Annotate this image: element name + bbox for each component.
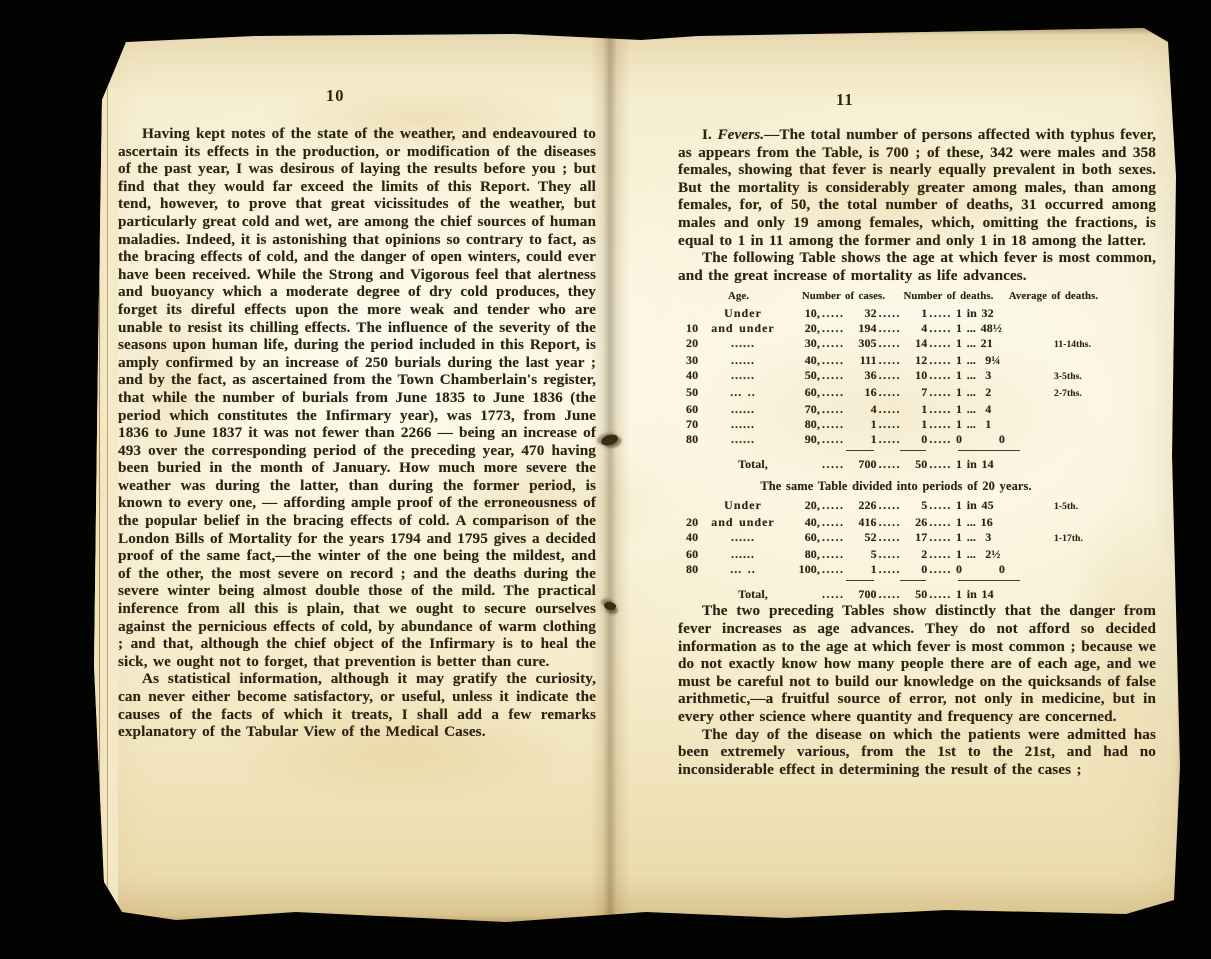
fraction-note: 1-17th. — [1052, 532, 1106, 547]
book-spread: 10 11 Having kept notes of the state of … — [86, 26, 1186, 928]
dot-leader — [820, 457, 843, 472]
age-to-cell: 80, — [776, 417, 820, 432]
dot-leader — [927, 368, 950, 383]
total-cases: 700 — [843, 587, 877, 602]
average-cell: 0 0 — [950, 562, 1052, 577]
age-to-cell: 90, — [776, 432, 820, 447]
average-cell: 1 in 45 — [950, 498, 1052, 513]
fevers-term: Fevers. — [717, 126, 764, 143]
age-mid-cell: Under — [710, 306, 776, 321]
table-row: 20and under40,416261 ... 16 — [686, 515, 1106, 530]
sum-rule — [846, 580, 874, 582]
table-row: 60......80,521 ... 2½ — [686, 547, 1106, 562]
age-from-cell: 70 — [686, 417, 710, 432]
age-to-cell: 50, — [776, 368, 820, 383]
total-deaths: 50 — [899, 587, 927, 602]
sum-rule-row — [686, 577, 1106, 584]
dot-leader — [820, 385, 843, 400]
dot-leader — [877, 562, 900, 577]
age-to-cell: 100, — [776, 562, 820, 577]
dot-leader — [820, 587, 843, 602]
average-cell: 1 ... 21 — [950, 336, 1052, 351]
age-from-cell: 30 — [686, 353, 710, 368]
dot-leader — [820, 368, 843, 383]
page-10-text-column: Having kept notes of the state of the we… — [118, 125, 596, 741]
age-from-cell: 80 — [686, 432, 710, 447]
cases-cell: 36 — [843, 368, 877, 383]
age-to-cell: 60, — [776, 530, 820, 545]
dot-leader — [877, 385, 900, 400]
total-label: Total, — [686, 587, 820, 602]
cases-cell: 1 — [843, 432, 877, 447]
age-mid-cell: ...... — [710, 402, 776, 417]
sum-rule — [900, 450, 926, 452]
fever-age-table: Age.Number of cases.Number of deaths.Ave… — [686, 290, 1106, 602]
paragraph: Having kept notes of the state of the we… — [118, 125, 596, 670]
dot-leader — [877, 368, 900, 383]
average-cell: 1 ... 3 — [950, 530, 1052, 545]
deaths-cell: 1 — [899, 417, 927, 432]
paragraph: As statistical information, although it … — [118, 670, 596, 740]
fevers-paragraph: I. Fevers.—The total number of persons a… — [678, 126, 1156, 249]
deaths-cell: 4 — [899, 321, 927, 336]
age-mid-cell: and under — [710, 515, 776, 530]
dot-leader — [820, 432, 843, 447]
dot-leader — [877, 498, 900, 513]
age-to-cell: 60, — [776, 385, 820, 400]
deaths-cell: 14 — [899, 336, 927, 351]
total-row: Total,700501 in 14 — [686, 457, 1106, 472]
table-row: 80... ..100,100 0 — [686, 562, 1106, 577]
total-cases: 700 — [843, 457, 877, 472]
cases-cell: 1 — [843, 562, 877, 577]
deaths-cell: 1 — [899, 402, 927, 417]
period-table-rows: Under20,22651 in 451-5th. 20and under40,… — [686, 498, 1106, 577]
dot-leader — [820, 530, 843, 545]
age-to-cell: 20, — [776, 498, 820, 513]
header-age: Age. — [686, 290, 791, 303]
dot-leader — [877, 515, 900, 530]
deaths-cell: 7 — [899, 385, 927, 400]
average-cell: 1 ... 2½ — [950, 547, 1052, 562]
header-average: Average of deaths. — [1001, 290, 1106, 303]
page-number-left: 10 — [326, 86, 345, 106]
header-deaths: Number of deaths. — [896, 290, 1001, 303]
age-mid-cell: ... .. — [710, 562, 776, 577]
dot-leader — [820, 306, 843, 321]
age-mid-cell: Under — [710, 498, 776, 513]
period-table-caption: The same Table divided into periods of 2… — [686, 479, 1106, 494]
cases-cell: 52 — [843, 530, 877, 545]
average-cell: 1 ... 3 — [950, 368, 1052, 383]
dot-leader — [820, 515, 843, 530]
table-row: 20......30,305141 ... 2111-14ths. — [686, 336, 1106, 353]
dot-leader — [877, 402, 900, 417]
age-from-cell: 50 — [686, 385, 710, 400]
table-lead-in-paragraph: The following Table shows the age at whi… — [678, 249, 1156, 284]
dot-leader — [927, 306, 950, 321]
cases-cell: 16 — [843, 385, 877, 400]
sum-rule — [900, 580, 926, 582]
dot-leader — [877, 306, 900, 321]
dot-leader — [820, 336, 843, 351]
dot-leader — [927, 530, 950, 545]
page-bottom-edge — [108, 915, 1178, 928]
page-right-edge — [1176, 32, 1186, 918]
age-mid-cell: ...... — [710, 336, 776, 351]
dot-leader — [877, 587, 900, 602]
dot-leader — [927, 515, 950, 530]
dot-leader — [877, 530, 900, 545]
age-to-cell: 70, — [776, 402, 820, 417]
dot-leader — [877, 321, 900, 336]
dot-leader — [820, 417, 843, 432]
binding-gutter — [590, 26, 630, 928]
age-mid-cell: ...... — [710, 432, 776, 447]
deaths-cell: 10 — [899, 368, 927, 383]
table-row: Under10,3211 in 32 — [686, 306, 1106, 321]
scanned-book-photo: { "colors": { "background": "#030302", "… — [0, 0, 1211, 959]
dot-leader — [927, 385, 950, 400]
dot-leader — [820, 353, 843, 368]
dot-leader — [927, 353, 950, 368]
dot-leader — [820, 562, 843, 577]
cases-cell: 4 — [843, 402, 877, 417]
page-11-text-column: I. Fevers.—The total number of persons a… — [678, 126, 1156, 778]
total-average: 1 in 14 — [950, 587, 1052, 602]
average-cell: 1 ... 16 — [950, 515, 1052, 530]
dot-leader — [820, 498, 843, 513]
dot-leader — [927, 402, 950, 417]
fevers-text: —The total number of persons affected wi… — [678, 126, 1156, 249]
cases-cell: 32 — [843, 306, 877, 321]
dot-leader — [877, 336, 900, 351]
sum-rule-row — [686, 447, 1106, 454]
sum-rule — [958, 450, 1020, 452]
age-from-cell: 60 — [686, 547, 710, 562]
age-from-cell: 20 — [686, 336, 710, 351]
age-to-cell: 20, — [776, 321, 820, 336]
dot-leader — [877, 547, 900, 562]
age-from-cell: 20 — [686, 515, 710, 530]
dot-leader — [927, 498, 950, 513]
deaths-cell: 1 — [899, 306, 927, 321]
age-mid-cell: ...... — [710, 547, 776, 562]
age-to-cell: 10, — [776, 306, 820, 321]
table-row: 70......80,111 ... 1 — [686, 417, 1106, 432]
age-from-cell: 60 — [686, 402, 710, 417]
table-row: 10and under20,19441 ... 48½ — [686, 321, 1106, 336]
dot-leader — [820, 547, 843, 562]
cases-cell: 5 — [843, 547, 877, 562]
sum-rule — [958, 580, 1020, 582]
header-cases: Number of cases. — [791, 290, 896, 303]
age-mid-cell: ...... — [710, 530, 776, 545]
average-cell: 1 ... 9¼ — [950, 353, 1052, 368]
table-row: 60......70,411 ... 4 — [686, 402, 1106, 417]
dot-leader — [877, 417, 900, 432]
dot-leader — [927, 587, 950, 602]
sum-rule — [846, 450, 874, 452]
dot-leader — [877, 353, 900, 368]
age-from-cell: 10 — [686, 321, 710, 336]
age-to-cell: 30, — [776, 336, 820, 351]
total-label: Total, — [686, 457, 820, 472]
total-deaths: 50 — [899, 457, 927, 472]
age-to-cell: 80, — [776, 547, 820, 562]
fraction-note: 2-7ths. — [1052, 387, 1106, 402]
dot-leader — [927, 547, 950, 562]
dot-leader — [927, 432, 950, 447]
age-to-cell: 40, — [776, 353, 820, 368]
age-mid-cell: ...... — [710, 417, 776, 432]
total-average: 1 in 14 — [950, 457, 1052, 472]
average-cell: 1 ... 2 — [950, 385, 1052, 400]
admission-day-paragraph: The day of the disease on which the pati… — [678, 726, 1156, 779]
page-edges-stack — [86, 88, 118, 916]
age-from-cell: 80 — [686, 562, 710, 577]
dot-leader — [927, 457, 950, 472]
age-to-cell: 40, — [776, 515, 820, 530]
cases-cell: 416 — [843, 515, 877, 530]
deaths-cell: 17 — [899, 530, 927, 545]
dot-leader — [877, 432, 900, 447]
dot-leader — [877, 457, 900, 472]
fever-age-table-header: Age.Number of cases.Number of deaths.Ave… — [686, 290, 1106, 303]
dot-leader — [820, 402, 843, 417]
cases-cell: 1 — [843, 417, 877, 432]
table-row: 40......60,52171 ... 31-17th. — [686, 530, 1106, 547]
cases-cell: 111 — [843, 353, 877, 368]
cases-cell: 226 — [843, 498, 877, 513]
deaths-cell: 2 — [899, 547, 927, 562]
deaths-cell: 0 — [899, 562, 927, 577]
cases-cell: 305 — [843, 336, 877, 351]
table-row: 50... ..60,1671 ... 22-7ths. — [686, 385, 1106, 402]
dot-leader — [927, 417, 950, 432]
age-mid-cell: ... .. — [710, 385, 776, 400]
dot-leader — [820, 321, 843, 336]
table-row: 30......40,111121 ... 9¼ — [686, 353, 1106, 368]
deaths-cell: 26 — [899, 515, 927, 530]
fraction-note: 1-5th. — [1052, 500, 1106, 515]
dot-leader — [927, 321, 950, 336]
age-mid-cell: ...... — [710, 368, 776, 383]
table-row: 80......90,100 0 — [686, 432, 1106, 447]
dot-leader — [927, 336, 950, 351]
average-cell: 0 0 — [950, 432, 1052, 447]
total-row: Total,700501 in 14 — [686, 587, 1106, 602]
table-row: 40......50,36101 ... 33-5ths. — [686, 368, 1106, 385]
fraction-note: 3-5ths. — [1052, 370, 1106, 385]
average-cell: 1 ... 1 — [950, 417, 1052, 432]
table-row: Under20,22651 in 451-5th. — [686, 498, 1106, 515]
age-from-cell: 40 — [686, 530, 710, 545]
conclusion-paragraph: The two preceding Tables show distinctly… — [678, 602, 1156, 725]
deaths-cell: 5 — [899, 498, 927, 513]
age-mid-cell: ...... — [710, 353, 776, 368]
average-cell: 1 ... 48½ — [950, 321, 1052, 336]
age-mid-cell: and under — [710, 321, 776, 336]
dot-leader — [927, 562, 950, 577]
average-cell: 1 in 32 — [950, 306, 1052, 321]
age-from-cell: 40 — [686, 368, 710, 383]
page-number-right: 11 — [836, 90, 854, 110]
fraction-note: 11-14ths. — [1052, 338, 1106, 353]
deaths-cell: 12 — [899, 353, 927, 368]
section-numeral: I. — [702, 126, 717, 143]
cases-cell: 194 — [843, 321, 877, 336]
average-cell: 1 ... 4 — [950, 402, 1052, 417]
deaths-cell: 0 — [899, 432, 927, 447]
page-top-edge — [98, 26, 1176, 35]
fever-age-table-rows: Under10,3211 in 32 10and under20,19441 .… — [686, 306, 1106, 447]
